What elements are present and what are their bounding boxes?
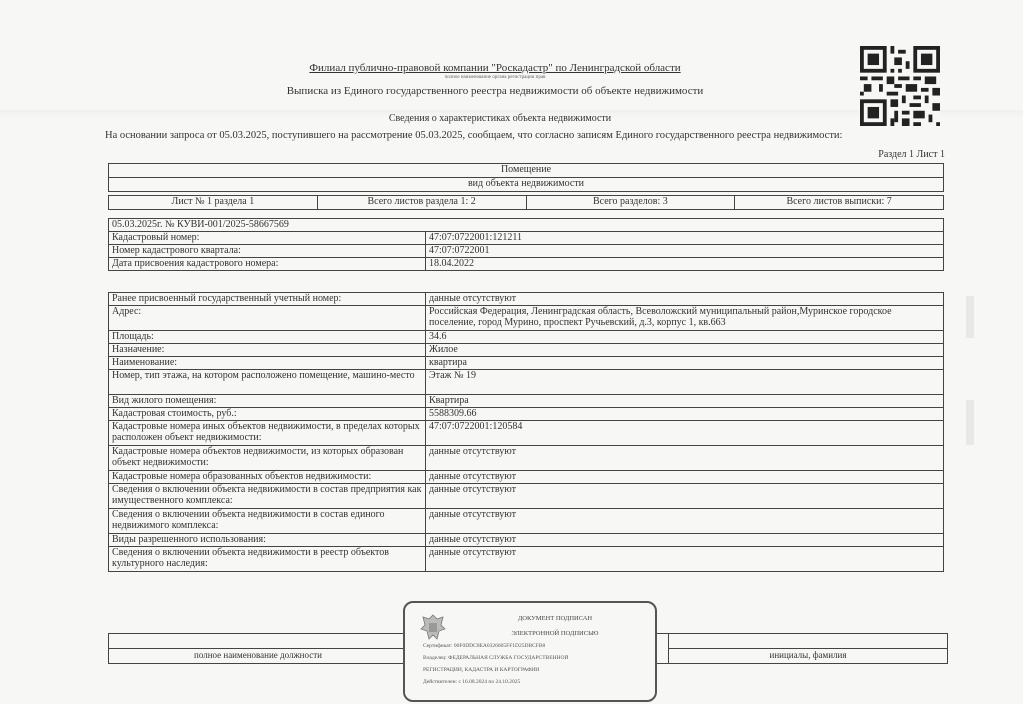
position-field [109,634,407,649]
stamp-certificate: Сертификат: 00F0DDC8EA0326605FF1D25DBCFB… [423,643,643,649]
eagle-emblem-icon [419,613,447,643]
sections-total: Всего разделов: 3 [526,196,735,210]
row-label: Кадастровые номера объектов недвижимости… [109,446,426,471]
object-kind-value: Помещение [109,164,944,178]
row-label: Кадастровые номера иных объектов недвижи… [109,421,426,446]
row-label: Площадь: [109,331,426,344]
section-sheet-label: Раздел 1 Лист 1 [760,149,945,160]
scan-artifact [966,400,974,445]
table-row: Номер кадастрового квартала: 47:07:07220… [109,245,944,258]
sheet-info-table: Лист № 1 раздела 1 Всего листов раздела … [108,195,944,210]
sheets-total: Всего листов выписки: 7 [735,196,944,210]
position-signature-block: полное наименование должности [108,633,408,664]
table-row: Кадастровый номер: 47:07:0722001:121211 [109,232,944,245]
assignment-date: 18.04.2022 [426,258,944,271]
electronic-signature-stamp: ДОКУМЕНТ ПОДПИСАН ЭЛЕКТРОННОЙ ПОДПИСЬЮ С… [403,601,657,702]
table-row: Наименование:квартира [109,357,944,370]
stamp-title-1: ДОКУМЕНТ ПОДПИСАН [465,615,645,622]
row-label: Адрес: [109,306,426,331]
row-label: Номер, тип этажа, на котором расположено… [109,370,426,395]
row-label: Кадастровые номера образованных объектов… [109,471,426,484]
table-row: Кадастровые номера иных объектов недвижи… [109,421,944,446]
row-label: Кадастровая стоимость, руб.: [109,408,426,421]
row-value: данные отсутствуют [426,293,944,306]
row-label: Номер кадастрового квартала: [109,245,426,258]
row-label: Виды разрешенного использования: [109,534,426,547]
characteristics-table: Ранее присвоенный государственный учетны… [108,292,944,572]
name-value: квартира [426,357,944,370]
organization-name: Филиал публично-правовой компании "Роска… [270,62,720,74]
stamp-owner-2: РЕГИСТРАЦИИ, КАДАСТРА И КАРТОГРАФИИ [423,667,643,673]
table-row: Сведения о включении объекта недвижимост… [109,547,944,572]
row-value: данные отсутствуют [426,509,944,534]
row-label: Дата присвоения кадастрового номера: [109,258,426,271]
record-number: 05.03.2025г. № КУВИ-001/2025-58667569 [109,219,944,232]
stamp-title-2: ЭЛЕКТРОННОЙ ПОДПИСЬЮ [465,630,645,637]
qr-code-icon [858,46,942,126]
table-row: Назначение:Жилое [109,344,944,357]
document-title: Выписка из Единого государственного реес… [250,85,740,97]
premises-type-value: Квартира [426,395,944,408]
area-value: 34.6 [426,331,944,344]
cadastral-number: 47:07:0722001:121211 [426,232,944,245]
name-signature-block: инициалы, фамилия [668,633,948,664]
section-title: Сведения о характеристиках объекта недви… [300,113,700,124]
row-value: данные отсутствуют [426,471,944,484]
sheets-in-section: Всего листов раздела 1: 2 [317,196,526,210]
object-kind-table: Помещение вид объекта недвижимости [108,163,944,192]
position-caption: полное наименование должности [109,649,407,662]
table-row: Дата присвоения кадастрового номера: 18.… [109,258,944,271]
row-label: Сведения о включении объекта недвижимост… [109,509,426,534]
document-page: Филиал публично-правовой компании "Роска… [0,0,1023,704]
row-label: Вид жилого помещения: [109,395,426,408]
table-row: Адрес:Российская Федерация, Ленинградска… [109,306,944,331]
name-caption: инициалы, фамилия [669,649,947,662]
table-row: Ранее присвоенный государственный учетны… [109,293,944,306]
table-row: Номер, тип этажа, на котором расположено… [109,370,944,395]
row-value: данные отсутствуют [426,484,944,509]
address-value: Российская Федерация, Ленинградская обла… [426,306,944,331]
name-field [669,634,947,649]
cadastral-value: 5588309.66 [426,408,944,421]
stamp-owner-1: Владелец: ФЕДЕРАЛЬНАЯ СЛУЖБА ГОСУДАРСТВЕ… [423,655,643,661]
table-row: Кадастровые номера образованных объектов… [109,471,944,484]
table-row: Виды разрешенного использования:данные о… [109,534,944,547]
table-row: Сведения о включении объекта недвижимост… [109,509,944,534]
row-label: Сведения о включении объекта недвижимост… [109,547,426,572]
row-value: данные отсутствуют [426,534,944,547]
row-label: Сведения о включении объекта недвижимост… [109,484,426,509]
sheet-number: Лист № 1 раздела 1 [109,196,318,210]
row-label: Назначение: [109,344,426,357]
organization-caption: полное наименование органа регистрации п… [270,75,720,80]
identifiers-table: 05.03.2025г. № КУВИ-001/2025-58667569 Ка… [108,218,944,271]
parent-object-value: 47:07:0722001:120584 [426,421,944,446]
row-label: Кадастровый номер: [109,232,426,245]
row-label: Наименование: [109,357,426,370]
row-label: Ранее присвоенный государственный учетны… [109,293,426,306]
purpose-value: Жилое [426,344,944,357]
cadastral-quarter: 47:07:0722001 [426,245,944,258]
row-value: данные отсутствуют [426,547,944,572]
floor-value: Этаж № 19 [426,370,944,395]
table-row: Кадастровые номера объектов недвижимости… [109,446,944,471]
row-value: данные отсутствуют [426,446,944,471]
table-row: Вид жилого помещения:Квартира [109,395,944,408]
table-row: Кадастровая стоимость, руб.:5588309.66 [109,408,944,421]
stamp-validity: Действителен: с 16.08.2024 по 24.10.2025 [423,679,643,685]
object-kind-caption: вид объекта недвижимости [109,178,944,192]
table-row: Сведения о включении объекта недвижимост… [109,484,944,509]
request-text: На основании запроса от 05.03.2025, пост… [105,130,945,141]
table-row: Площадь:34.6 [109,331,944,344]
scan-artifact [966,296,974,338]
